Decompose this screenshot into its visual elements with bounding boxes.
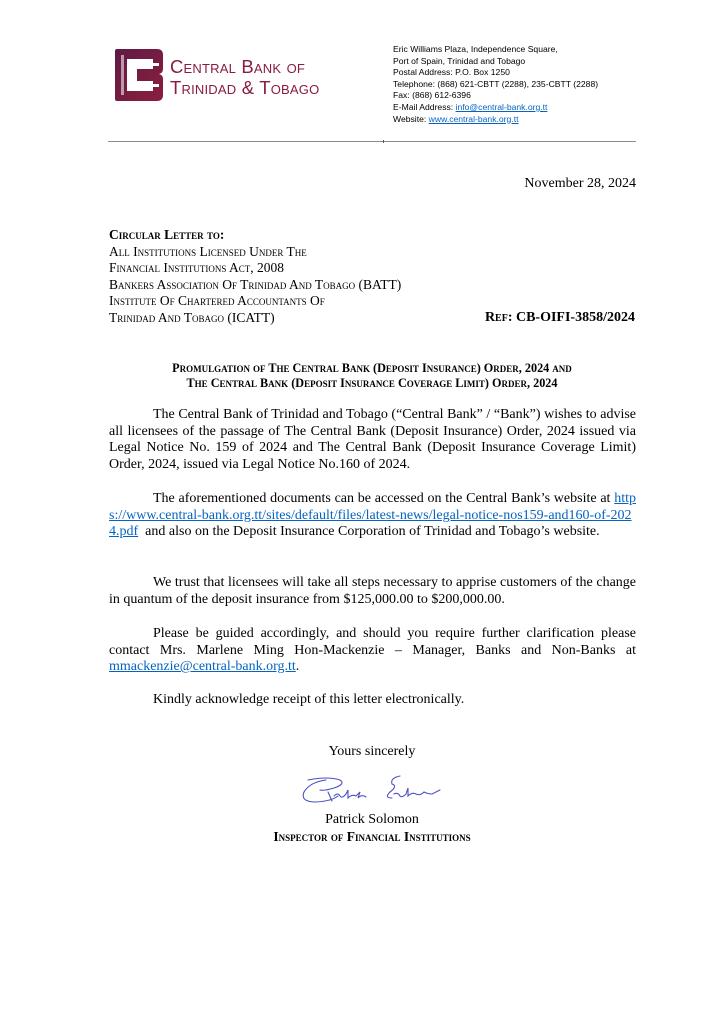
contact-block: Eric Williams Plaza, Independence Square… (393, 44, 598, 125)
addressee-line: Trinidad And Tobago (ICATT) (109, 310, 401, 327)
address-line-2: Port of Spain, Trinidad and Tobago (393, 56, 598, 68)
header-divider (108, 141, 636, 142)
paragraph-2-text-after: and also on the Deposit Insurance Corpor… (145, 524, 599, 539)
contact-email-link[interactable]: mmackenzie@central-bank.org.tt (109, 659, 296, 674)
signer-name: Patrick Solomon (0, 811, 724, 828)
closing-salutation: Yours sincerely (0, 744, 724, 760)
email-link[interactable]: info@central-bank.org.tt (456, 102, 548, 112)
email-row: E-Mail Address: info@central-bank.org.tt (393, 102, 598, 114)
bank-brand-name: Central Bank of Trinidad & Tobago (170, 56, 319, 98)
paragraph-2-text: The aforementioned documents can be acce… (153, 491, 610, 506)
central-bank-logo-icon (113, 47, 165, 103)
email-label: E-Mail Address: (393, 102, 456, 112)
website-link[interactable]: www.central-bank.org.tt (429, 114, 519, 124)
addressee-line: Institute Of Chartered Accountants Of (109, 293, 401, 310)
addressee-line: Bankers Association Of Trinidad And Toba… (109, 277, 401, 294)
website-label: Website: (393, 114, 429, 124)
paragraph-1-text: The Central Bank of Trinidad and Tobago … (109, 407, 636, 472)
signer-block: Patrick Solomon Inspector of Financial I… (0, 811, 724, 845)
brand-line-2: Trinidad & Tobago (170, 77, 319, 98)
letter-date: November 28, 2024 (524, 176, 636, 192)
paragraph-4-period: . (296, 659, 300, 674)
letter-page: Central Bank of Trinidad & Tobago Eric W… (0, 0, 724, 1024)
website-row: Website: www.central-bank.org.tt (393, 114, 598, 126)
postal-address: Postal Address: P.O. Box 1250 (393, 67, 598, 79)
signer-title: Inspector of Financial Institutions (0, 828, 724, 845)
addressee-line: All Institutions Licensed Under The (109, 244, 401, 261)
paragraph-3-text: We trust that licensees will take all st… (109, 575, 636, 607)
paragraph-5: Kindly acknowledge receipt of this lette… (109, 692, 636, 709)
brand-line-1: Central Bank of (170, 56, 319, 77)
paragraph-3: We trust that licensees will take all st… (109, 575, 636, 608)
subject-line-1: Promulgation of The Central Bank (Deposi… (108, 361, 636, 376)
paragraph-4: Please be guided accordingly, and should… (109, 626, 636, 676)
addressee-line: Financial Institutions Act, 2008 (109, 260, 401, 277)
address-line-1: Eric Williams Plaza, Independence Square… (393, 44, 598, 56)
fax: Fax: (868) 612-6396 (393, 90, 598, 102)
paragraph-5-text: Kindly acknowledge receipt of this lette… (153, 692, 464, 707)
paragraph-4-text: Please be guided accordingly, and should… (109, 626, 636, 658)
subject-line-2: The Central Bank (Deposit Insurance Cove… (108, 376, 636, 391)
telephone: Telephone: (868) 621-CBTT (2288), 235-CB… (393, 79, 598, 91)
paragraph-1: The Central Bank of Trinidad and Tobago … (109, 407, 636, 473)
subject-heading: Promulgation of The Central Bank (Deposi… (108, 361, 636, 391)
paragraph-2: The aforementioned documents can be acce… (109, 491, 636, 541)
reference-number: Ref: CB-OIFI-3858/2024 (485, 310, 635, 326)
addressee-heading: Circular Letter to: (109, 227, 401, 244)
addressee-block: Circular Letter to: All Institutions Lic… (109, 227, 401, 326)
divider-tick (383, 140, 384, 143)
handwritten-signature-icon (298, 772, 443, 810)
